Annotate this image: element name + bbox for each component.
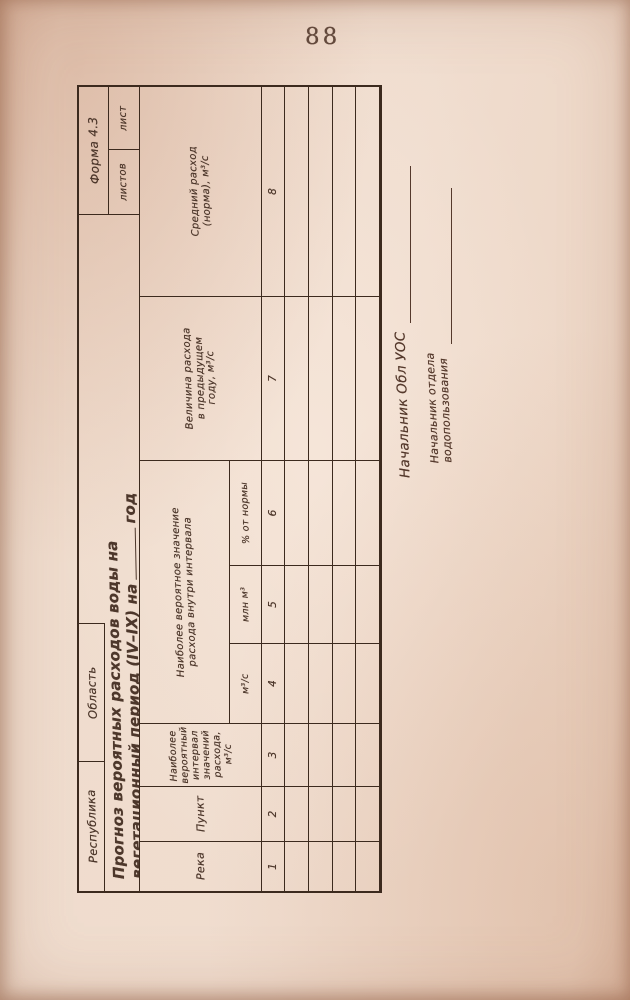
header-group: Наиболее вероятное значение расхода внут… bbox=[140, 460, 230, 723]
empty-cell bbox=[309, 565, 333, 643]
form-number-label: Форма 4.3 bbox=[85, 117, 101, 185]
empty-cell bbox=[285, 296, 309, 460]
colnum-7: 7 bbox=[262, 296, 285, 460]
colnum-4: 4 bbox=[262, 643, 285, 723]
empty-cell bbox=[356, 460, 380, 565]
empty-cell bbox=[356, 786, 380, 841]
empty-cell bbox=[309, 87, 333, 296]
empty-cell bbox=[285, 786, 309, 841]
empty-cell bbox=[356, 643, 380, 723]
empty-cell bbox=[356, 565, 380, 643]
signature-2-rule bbox=[448, 188, 452, 344]
republic-label: Республика bbox=[83, 789, 100, 863]
empty-cell bbox=[309, 643, 333, 723]
colnum-8: 8 bbox=[262, 87, 285, 296]
form-title: Прогноз вероятных расходов воды на вегет… bbox=[105, 492, 140, 879]
empty-cell bbox=[333, 296, 357, 460]
colnum-2: 2 bbox=[262, 786, 285, 841]
sheets-label: листов bbox=[118, 163, 131, 201]
sheet-label: лист bbox=[118, 105, 130, 131]
year-blank bbox=[121, 527, 137, 579]
empty-cell bbox=[356, 296, 380, 460]
empty-cell bbox=[285, 643, 309, 723]
header-mln-m3: млн м³ bbox=[230, 565, 262, 643]
empty-cell bbox=[285, 723, 309, 786]
empty-cell bbox=[309, 460, 333, 565]
empty-cell bbox=[356, 723, 380, 786]
empty-cell bbox=[333, 723, 357, 786]
header-prev-year: Величина расхода в предыдущем году, м³/с bbox=[140, 296, 262, 460]
empty-cell bbox=[285, 87, 309, 296]
rotated-form: Республика Область Форма 4.3 листов лист… bbox=[77, 85, 477, 893]
empty-cell bbox=[333, 87, 357, 296]
empty-cell bbox=[309, 841, 333, 891]
header-pct-norm: % от нормы bbox=[230, 460, 262, 565]
empty-cell bbox=[309, 723, 333, 786]
sheet-cell: лист bbox=[109, 87, 140, 149]
oblast-cell: Область bbox=[79, 623, 105, 761]
signature-2-label: Начальник отдела водопользования bbox=[425, 352, 455, 464]
empty-cell bbox=[309, 786, 333, 841]
empty-cell bbox=[333, 565, 357, 643]
empty-cell bbox=[309, 296, 333, 460]
empty-cell bbox=[333, 643, 357, 723]
header-river: Река bbox=[140, 841, 262, 891]
empty-cell bbox=[333, 460, 357, 565]
signature-line-1: Начальник Обл УОС bbox=[395, 166, 411, 478]
colnum-6: 6 bbox=[262, 460, 285, 565]
republic-cell: Республика bbox=[79, 761, 105, 891]
sheets-cell: листов bbox=[109, 149, 140, 215]
signature-1-label: Начальник Обл УОС bbox=[392, 331, 413, 478]
form-number-cell: Форма 4.3 bbox=[79, 87, 109, 215]
scanned-form-page: 88 Республика Область Форма 4.3 листов л… bbox=[0, 0, 630, 1000]
colnum-1: 1 bbox=[262, 841, 285, 891]
empty-cell bbox=[356, 87, 380, 296]
signature-line-2: Начальник отдела водопользования bbox=[427, 188, 452, 463]
empty-cell bbox=[285, 460, 309, 565]
signature-1-rule bbox=[407, 166, 411, 323]
colnum-5: 5 bbox=[262, 565, 285, 643]
header-interval: Наиболее вероятный интервал значений рас… bbox=[140, 723, 262, 786]
empty-cell bbox=[333, 841, 357, 891]
header-m3s: м³/с bbox=[230, 643, 262, 723]
form-table: Республика Область Форма 4.3 листов лист… bbox=[77, 85, 382, 893]
page-number: 88 bbox=[305, 24, 340, 50]
header-point: Пункт bbox=[140, 786, 262, 841]
oblast-label: Область bbox=[84, 666, 100, 719]
empty-cell bbox=[285, 841, 309, 891]
title-cell: Прогноз вероятных расходов воды на вегет… bbox=[105, 215, 140, 891]
empty-cell bbox=[285, 565, 309, 643]
empty-cell bbox=[356, 841, 380, 891]
colnum-3: 3 bbox=[262, 723, 285, 786]
header-mean-discharge: Средний расход (норма), м³/с bbox=[140, 87, 262, 296]
empty-cell bbox=[333, 786, 357, 841]
